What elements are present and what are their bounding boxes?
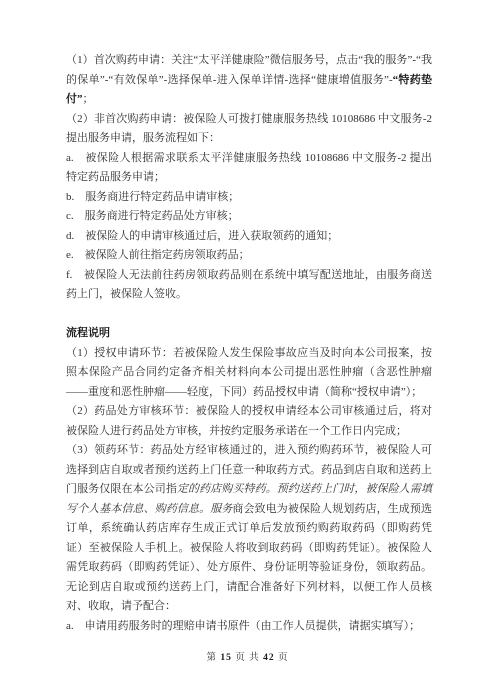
text-segment: （2）药品处方审核环节：被保险人的授权申请经本公司审核通过后，将对被保险人进行药…	[66, 405, 432, 437]
list-item-f-delivery: f. 被保险人无法前往药房领取药品则在系统中填写配送地址，由服务商送药上门，被保…	[66, 266, 432, 305]
list-item-b-application-review: b. 服务商进行特定药品申请审核；	[66, 188, 432, 208]
text-segment: f. 被保险人无法前往药房领取药品则在系统中填写配送地址，由服务商送药上门，被保…	[66, 269, 432, 301]
document-body: （1）首次购药申请：关注“太平洋健康险”微信服务号，点击“我的服务”-“我的保单…	[66, 51, 432, 636]
text-segment: ；	[83, 93, 94, 105]
list-item-c-prescription-review: c. 服务商进行特定药品处方审核；	[66, 207, 432, 227]
text-segment: （2）非首次购药申请：被保险人可拨打健康服务热线 10108686 中文服务-2…	[66, 113, 432, 145]
text-segment: （1）授权申请环节：若被保险人发生保险事故应当及时向本公司报案，按照本保险产品合…	[66, 347, 432, 398]
text-segment: c. 服务商进行特定药品处方审核；	[66, 210, 239, 222]
page-number: 15	[220, 653, 232, 663]
document-page: （1）首次购药申请：关注“太平洋健康险”微信服务号，点击“我的服务”-“我的保单…	[0, 0, 495, 700]
text-segment: b. 服务商进行特定药品申请审核；	[66, 191, 239, 203]
list-item-e-pharmacy-pickup: e. 被保险人前往指定药房领取药品；	[66, 246, 432, 266]
heading-process-description: 流程说明	[66, 324, 432, 344]
list-item-d-pickup-notice: d. 被保险人的申请审核通过后，进入获取领药的通知；	[66, 227, 432, 247]
page-footer: 第 15 页 共 42 页	[0, 649, 495, 663]
list-item-a-claim-form: a. 申请用药服务时的理赔申请书原件（由工作人员提供，请据实填写）；	[66, 617, 432, 637]
footer-text: 第	[207, 653, 221, 663]
para-non-first-purchase-application: （2）非首次购药申请：被保险人可拨打健康服务热线 10108686 中文服务-2…	[66, 110, 432, 149]
text-segment: a. 被保险人根据需求联系太平洋健康服务热线 10108686 中文服务-2 提…	[66, 152, 432, 184]
footer-text: 页	[275, 653, 289, 663]
text-segment: 商会致电为被保险人规划药店，生成预选订单，系统确认药店库存生成正式订单后发放预约…	[66, 503, 432, 613]
text-segment: 流程说明	[66, 327, 110, 339]
text-segment: a. 申请用药服务时的理赔申请书原件（由工作人员提供，请据实填写）；	[66, 620, 420, 632]
para-medicine-pickup-step: （3）领药环节：药品处方经审核通过的，进入预约购药环节，被保险人可选择到店自取或…	[66, 441, 432, 617]
text-segment: （1）首次购药申请：关注“太平洋健康险”微信服务号，点击“我的服务”-“我的保单…	[66, 54, 432, 86]
list-item-a-service-request: a. 被保险人根据需求联系太平洋健康服务热线 10108686 中文服务-2 提…	[66, 149, 432, 188]
page-number: 42	[263, 653, 275, 663]
para-prescription-review-step: （2）药品处方审核环节：被保险人的授权申请经本公司审核通过后，将对被保险人进行药…	[66, 402, 432, 441]
para-first-purchase-application: （1）首次购药申请：关注“太平洋健康险”微信服务号，点击“我的服务”-“我的保单…	[66, 51, 432, 110]
text-segment: d. 被保险人的申请审核通过后，进入获取领药的通知；	[66, 230, 338, 242]
footer-text: 页 共	[232, 653, 263, 663]
para-authorization-application: （1）授权申请环节：若被保险人发生保险事故应当及时向本公司报案，按照本保险产品合…	[66, 344, 432, 403]
text-segment: e. 被保险人前往指定药房领取药品；	[66, 249, 250, 261]
